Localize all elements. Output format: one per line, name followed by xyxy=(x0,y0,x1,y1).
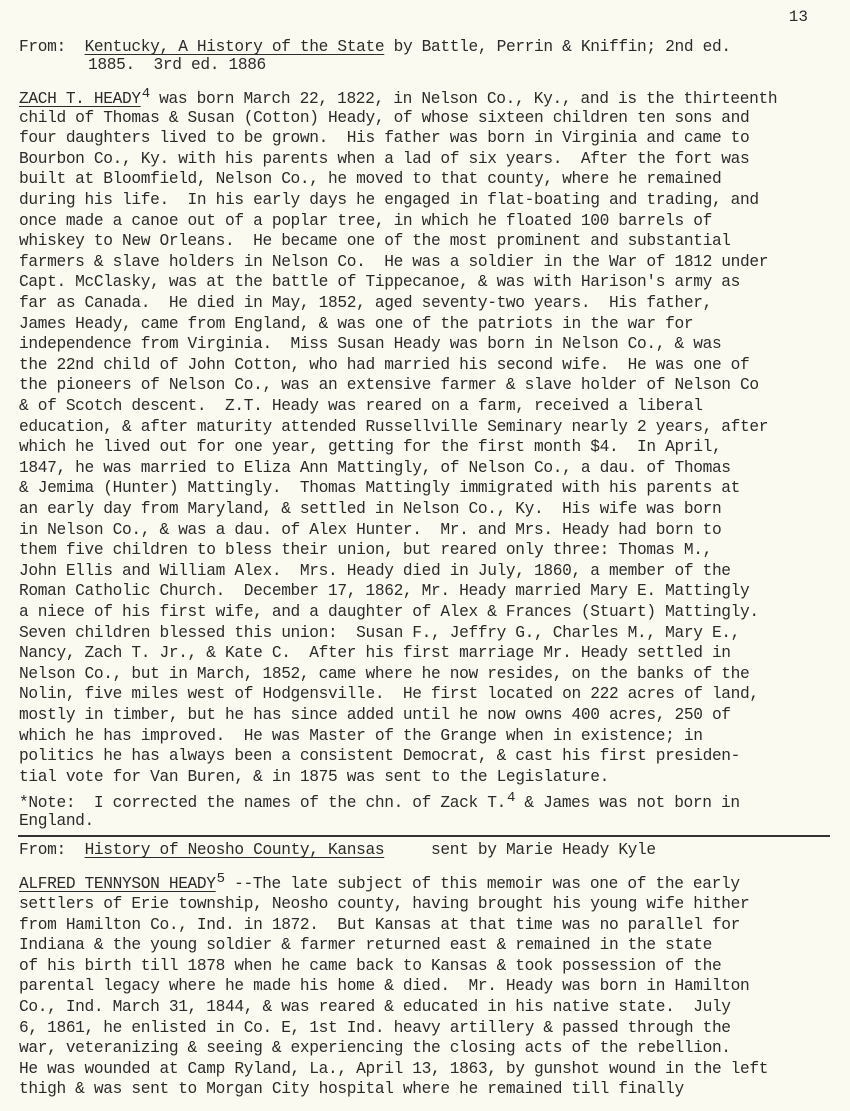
text-line: mostly in timber, but he has since added… xyxy=(19,705,731,725)
text-line: far as Canada. He died in May, 1852, age… xyxy=(19,293,712,313)
first-line-text: was born March 22, 1822, in Nelson Co., … xyxy=(150,90,777,108)
text-line: James Heady, came from England, & was on… xyxy=(19,314,693,334)
first-line-text: --The late subject of this memoir was on… xyxy=(225,875,740,893)
text-line: Bourbon Co., Ky. with his parents when a… xyxy=(19,149,749,169)
note-footnote-marker: 4 xyxy=(507,790,515,806)
editor-note: *Note: I corrected the names of the chn.… xyxy=(19,793,740,814)
source-editions: 1885. 3rd ed. 1886 xyxy=(88,55,266,75)
footnote-marker: 4 xyxy=(142,86,150,102)
text-line: which he lived out for one year, getting… xyxy=(19,437,721,457)
footnote-marker: 5 xyxy=(217,871,225,887)
text-line: tial vote for Van Buren, & in 1875 was s… xyxy=(19,767,609,787)
text-line: Nelson Co., but in March, 1852, came whe… xyxy=(19,664,749,684)
source-citation-1: From: Kentucky, A History of the State b… xyxy=(19,37,731,57)
text-line: politics he has always been a consistent… xyxy=(19,746,740,766)
text-line: once made a canoe out of a poplar tree, … xyxy=(19,211,712,231)
text-line: the pioneers of Nelson Co., was an exten… xyxy=(19,375,759,395)
from-label: From: xyxy=(19,38,66,56)
text-line: which he has improved. He was Master of … xyxy=(19,726,703,746)
text-line: in Nelson Co., & was a dau. of Alex Hunt… xyxy=(19,520,721,540)
editor-note-line2: England. xyxy=(19,811,94,831)
text-line: & of Scotch descent. Z.T. Heady was rear… xyxy=(19,396,703,416)
note-text: *Note: I corrected the names of the chn.… xyxy=(19,794,506,812)
text-line: settlers of Erie township, Neosho county… xyxy=(19,894,749,914)
text-line: John Ellis and William Alex. Mrs. Heady … xyxy=(19,561,731,581)
section-divider xyxy=(18,835,830,837)
text-line: independence from Virginia. Miss Susan H… xyxy=(19,334,721,354)
text-line: Nancy, Zach T. Jr., & Kate C. After his … xyxy=(19,643,731,663)
text-line: & Jemima (Hunter) Mattingly. Thomas Matt… xyxy=(19,478,740,498)
text-line: them five children to bless their union,… xyxy=(19,540,712,560)
text-line: Co., Ind. March 31, 1844, & was reared &… xyxy=(19,997,731,1017)
text-line: during his life. In his early days he en… xyxy=(19,190,759,210)
text-line: war, veteranizing & seeing & experiencin… xyxy=(19,1038,731,1058)
text-line: Capt. McClasky, was at the battle of Tip… xyxy=(19,272,740,292)
text-line: farmers & slave holders in Nelson Co. He… xyxy=(19,252,768,272)
text-line: four daughters lived to be grown. His fa… xyxy=(19,128,749,148)
text-line: He was wounded at Camp Ryland, La., Apri… xyxy=(19,1059,768,1079)
text-line: a niece of his first wife, and a daughte… xyxy=(19,602,759,622)
text-line: whiskey to New Orleans. He became one of… xyxy=(19,231,731,251)
text-line: of his birth till 1878 when he came back… xyxy=(19,956,721,976)
text-line: Nolin, five miles west of Hodgensville. … xyxy=(19,684,759,704)
source-title: History of Neosho County, Kansas xyxy=(85,841,385,859)
text-line: 6, 1861, he enlisted in Co. E, 1st Ind. … xyxy=(19,1018,731,1038)
subject-name: ALFRED TENNYSON HEADY xyxy=(19,875,216,893)
text-line: parental legacy where he made his home &… xyxy=(19,976,749,996)
text-line: Indiana & the young soldier & farmer ret… xyxy=(19,935,712,955)
note-text-cont: & James was not born in xyxy=(515,794,740,812)
text-line: 1847, he was married to Eliza Ann Mattin… xyxy=(19,458,731,478)
biography-first-line: ALFRED TENNYSON HEADY5 --The late subjec… xyxy=(19,874,740,895)
source-sender: sent by Marie Heady Kyle xyxy=(384,841,656,859)
text-line: Roman Catholic Church. December 17, 1862… xyxy=(19,581,749,601)
text-line: child of Thomas & Susan (Cotton) Heady, … xyxy=(19,108,749,128)
page-number: 13 xyxy=(789,8,808,26)
source-citation-2: From: History of Neosho County, Kansas s… xyxy=(19,840,656,860)
subject-name: ZACH T. HEADY xyxy=(19,90,141,108)
text-line: Seven children blessed this union: Susan… xyxy=(19,623,740,643)
text-line: education, & after maturity attended Rus… xyxy=(19,417,768,437)
from-label: From: xyxy=(19,841,66,859)
text-line: an early day from Maryland, & settled in… xyxy=(19,499,721,519)
source-authors: by Battle, Perrin & Kniffin; 2nd ed. xyxy=(384,38,730,56)
source-title: Kentucky, A History of the State xyxy=(85,38,385,56)
text-line: thigh & was sent to Morgan City hospital… xyxy=(19,1079,684,1099)
text-line: built at Bloomfield, Nelson Co., he move… xyxy=(19,169,721,189)
text-line: the 22nd child of John Cotton, who had m… xyxy=(19,355,749,375)
text-line: from Hamilton Co., Ind. in 1872. But Kan… xyxy=(19,915,740,935)
